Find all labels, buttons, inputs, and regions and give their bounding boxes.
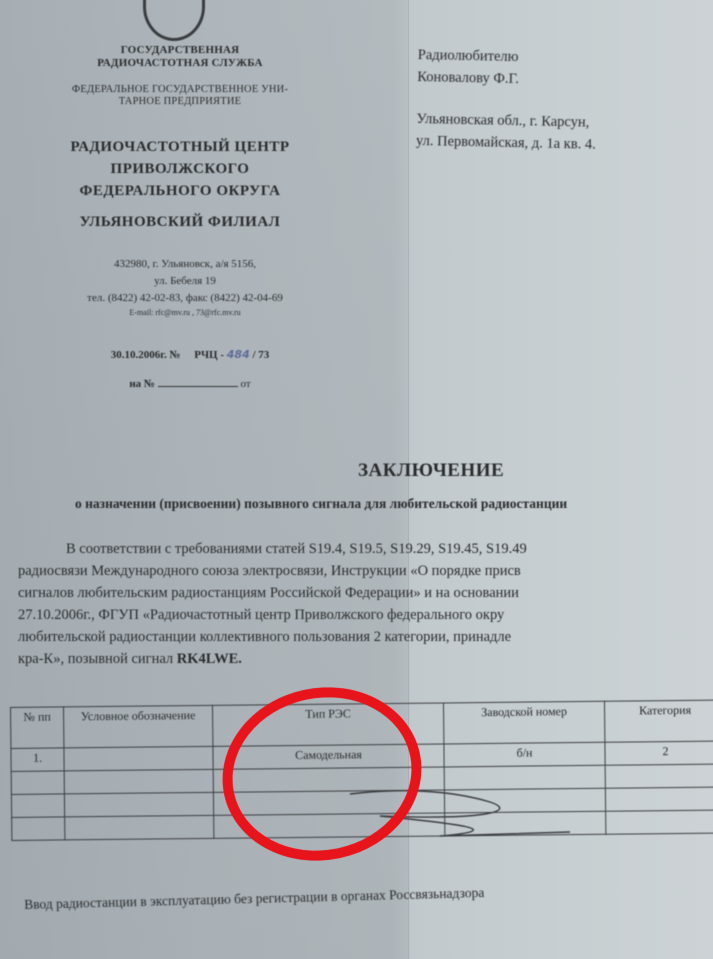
document-body: В соответствии с требованиями статей S19… [18,538,713,670]
outgoing-reference: 30.10.2006г. № РЧЦ - 484 / 73 [40,346,340,364]
sender-address: 432980, г. Ульяновск, а/я 5156, ул. Бебе… [20,256,350,319]
document-subtitle: о назначении (присвоении) позывного сигн… [75,496,567,512]
callsign: RK4LWE. [177,651,242,667]
center-name: Радиочастотный центр Приволжского федера… [20,136,340,202]
in-reply-line: на № от [90,376,290,393]
enterprise-name: Федеральное государственное уни- тарное … [20,84,340,108]
document-title: ЗАКЛЮЧЕНИЕ [358,460,504,482]
recipient-block: Радиолюбителю Коновалову Ф.Г. Ульяновска… [416,44,598,156]
branch-name: Ульяновский филиал [20,214,340,231]
handwritten-number: 484 [227,348,250,361]
org-name: Государственная радиочастотная служба [40,44,320,69]
